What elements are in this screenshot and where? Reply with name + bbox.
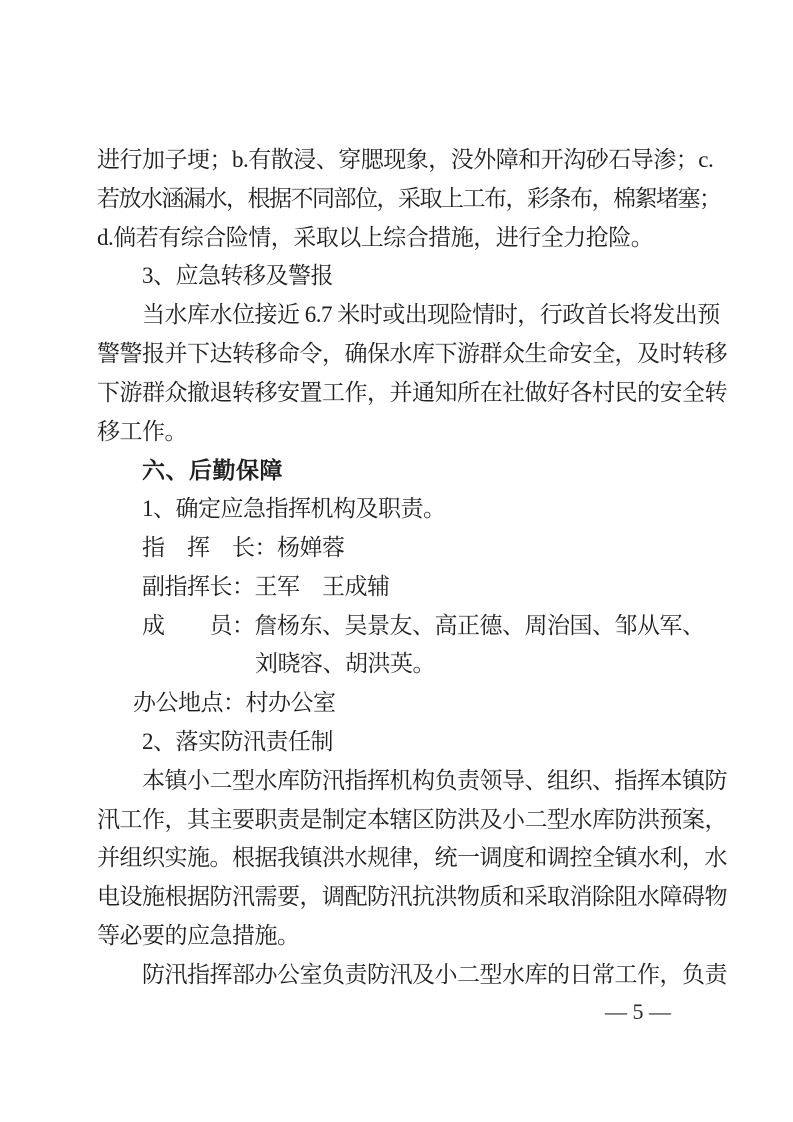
document-page: 进行加子埂；b.有散浸、穿腮现象，没外障和开沟砂石导渗；c. 若放水涵漏水，根据… xyxy=(0,0,793,1122)
para-emergency-measures-line: 若放水涵漏水，根据不同部位，采取上工布，彩条布，棉絮堵塞； xyxy=(97,180,737,219)
line-members-continued: 刘晓容、胡洪英。 xyxy=(255,645,737,684)
para-duty-system-line: 汛工作，其主要职责是制定本辖区防洪及小二型水库防洪预案， xyxy=(97,801,737,840)
para-transfer-warning-line: 下游群众撤退转移安置工作，并通知所在社做好各村民的安全转 xyxy=(97,374,737,413)
section-heading-logistics: 六、后勤保障 xyxy=(142,451,737,490)
para-transfer-warning-line: 移工作。 xyxy=(97,413,737,452)
line-deputy-commanders: 副指挥长：王军 王成辅 xyxy=(142,568,737,607)
heading-transfer-warning: 3、应急转移及警报 xyxy=(142,257,737,296)
heading-duty-system: 2、落实防汛责任制 xyxy=(142,723,737,762)
para-transfer-warning-line: 警警报并下达转移命令，确保水库下游群众生命安全，及时转移 xyxy=(97,335,737,374)
heading-org-duty: 1、确定应急指挥机构及职责。 xyxy=(142,490,737,529)
line-members: 成 员：詹杨东、吴景友、高正德、周治国、邹从军、 xyxy=(142,607,737,646)
para-emergency-measures-line: 进行加子埂；b.有散浸、穿腮现象，没外障和开沟砂石导渗；c. xyxy=(97,141,737,180)
para-duty-system-line: 电设施根据防汛需要，调配防汛抗洪物质和采取消除阻水障碍物 xyxy=(97,878,737,917)
para-office-daily-work-line: 防汛指挥部办公室负责防汛及小二型水库的日常工作，负责 xyxy=(142,956,737,995)
line-office-location: 办公地点：村办公室 xyxy=(133,684,737,723)
para-duty-system-line: 本镇小二型水库防汛指挥机构负责领导、组织、指挥本镇防 xyxy=(142,762,737,801)
para-transfer-warning-line: 当水库水位接近 6.7 米时或出现险情时，行政首长将发出预 xyxy=(142,296,737,335)
document-body: 进行加子埂；b.有散浸、穿腮现象，没外障和开沟砂石导渗；c. 若放水涵漏水，根据… xyxy=(97,141,737,995)
line-commander: 指 挥 长：杨婵蓉 xyxy=(142,529,737,568)
page-number: — 5 — xyxy=(598,998,678,1026)
para-emergency-measures-line: d.倘若有综合险情，采取以上综合措施，进行全力抢险。 xyxy=(97,219,737,258)
para-duty-system-line: 并组织实施。根据我镇洪水规律，统一调度和调控全镇水利，水 xyxy=(97,839,737,878)
para-duty-system-line: 等必要的应急措施。 xyxy=(97,917,737,956)
